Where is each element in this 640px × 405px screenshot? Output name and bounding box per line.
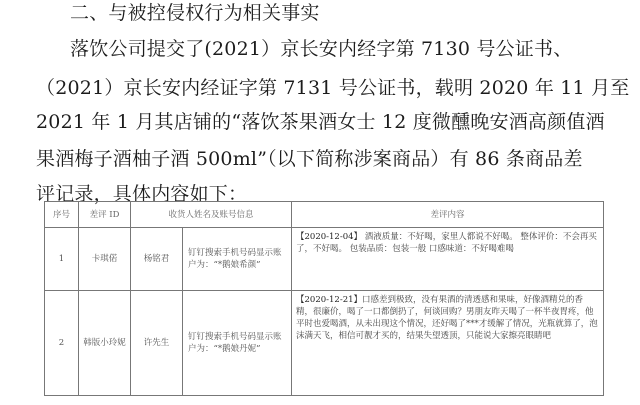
cell-review-id: 韩版小玲妮 xyxy=(79,291,131,396)
cell-review-content: 【2020-12-04】 酒液质量：不好喝，家里人都说不好喝。 整体评价：不会再… xyxy=(292,228,604,291)
review-date: 【2020-12-21】 xyxy=(296,295,362,305)
cell-no: 2 xyxy=(45,291,79,396)
cell-review-id: 卡琪偌 xyxy=(79,228,131,291)
cell-account-info: 钉钉搜索手机号码显示账户为：“*鹅娘丹妮” xyxy=(183,291,292,396)
header-content: 差评内容 xyxy=(292,202,604,228)
section-heading: 二、与被控侵权行为相关事实 xyxy=(70,4,320,23)
cell-account-info: 钉钉搜索手机号码显示账户为：“*鹅娘希颜” xyxy=(183,228,292,291)
cell-receiver-name: 杨铭君 xyxy=(131,228,183,291)
header-review-id: 差评 ID xyxy=(79,202,131,228)
cell-review-content: 【2020-12-21】口感差到极致，没有果酒的清透感和果味，好像酒精兑的香精，… xyxy=(292,291,604,396)
table-row: 1 卡琪偌 杨铭君 钉钉搜索手机号码显示账户为：“*鹅娘希颜” 【2020-12… xyxy=(45,228,604,291)
paragraph-line-1: 落饮公司提交了(2021）京长安内经字第 7130 号公证书、 xyxy=(70,40,572,59)
table-row: 2 韩版小玲妮 许先生 钉钉搜索手机号码显示账户为：“*鹅娘丹妮” 【2020-… xyxy=(45,291,604,396)
review-table: 序号 差评 ID 收货人姓名及账号信息 差评内容 1 卡琪偌 杨铭君 钉钉搜索手… xyxy=(44,201,604,396)
paragraph-line-3: 2021 年 1 月其店铺的“落饮茶果酒女士 12 度微醺晚安酒高颜值酒 xyxy=(36,113,605,132)
paragraph-line-2: （2021）京长安内经证字第 7131 号公证书，载明 2020 年 11 月至 xyxy=(36,79,629,98)
cell-no: 1 xyxy=(45,228,79,291)
review-date: 【2020-12-04】 xyxy=(296,232,362,242)
header-receiver: 收货人姓名及账号信息 xyxy=(131,202,292,228)
table-header-row: 序号 差评 ID 收货人姓名及账号信息 差评内容 xyxy=(45,202,604,228)
paragraph-line-4: 果酒梅子酒柚子酒 500ml”（以下简称涉案商品）有 86 条商品差 xyxy=(36,150,583,169)
header-no: 序号 xyxy=(45,202,79,228)
cell-receiver-name: 许先生 xyxy=(131,291,183,396)
